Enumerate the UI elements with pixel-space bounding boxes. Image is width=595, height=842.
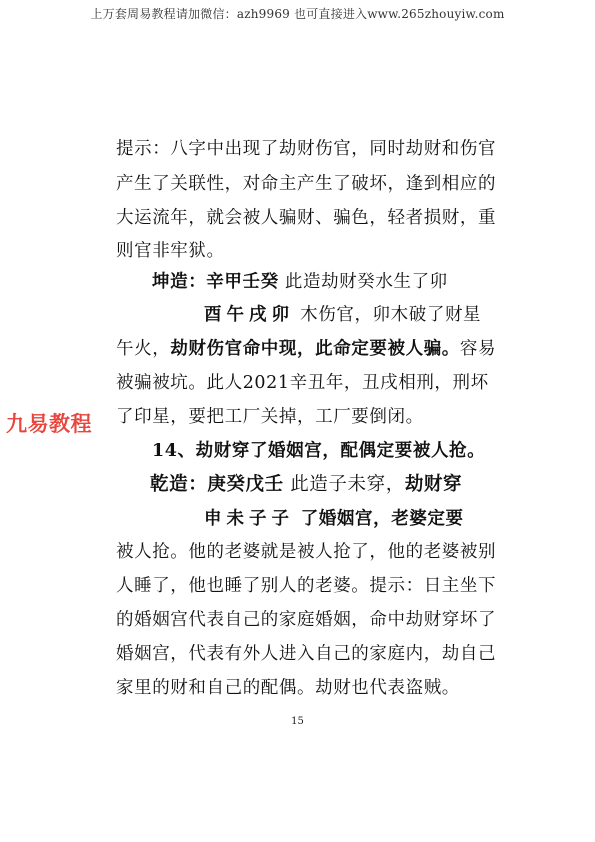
paragraph-line: 了印星，要把工厂关掉，工厂要倒闭。 bbox=[116, 409, 424, 427]
page-number: 15 bbox=[0, 716, 595, 727]
chart-kun-stems: 坤造：辛甲壬癸 bbox=[152, 272, 279, 292]
chart-kun-line-2: 酉午戌卯 木伤官，卯木破了财星 bbox=[204, 307, 481, 325]
paragraph-line: 则官非牢狱。 bbox=[116, 243, 225, 261]
chart-qian-branches: 申未子子 bbox=[204, 509, 294, 529]
paragraph-line: 的婚姻宫代表自己的家庭婚姻，命中劫财穿坏了 bbox=[116, 612, 496, 630]
paragraph-line: 产生了关联性，对命主产生了破坏，逢到相应的 bbox=[116, 176, 496, 194]
page-header-ad: 上万套周易教程请加微信：azh9969 也可直接进入www.265zhouyiw… bbox=[0, 5, 595, 22]
emphasis-text: 老婆定要 bbox=[391, 509, 463, 529]
chart-kun-note: 此造劫财癸水生了卯 bbox=[279, 272, 448, 292]
paragraph-line: 被人抢。他的老婆就是被人抢了，他的老婆被别 bbox=[116, 544, 496, 562]
chart-kun-line-1: 坤造：辛甲壬癸 此造劫财癸水生了卯 bbox=[152, 274, 448, 292]
paragraph-line: 家里的财和自己的配偶。劫财也代表盗贼。 bbox=[116, 680, 460, 698]
emphasis-text: 了婚姻宫， bbox=[294, 509, 391, 529]
paragraph-line: 人睡了，他也睡了别人的老婆。提示：日主坐下 bbox=[116, 578, 496, 596]
chart-kun-branches: 酉午戌卯 bbox=[204, 305, 294, 325]
paragraph-line: 午火，劫财伤官命中现，此命定要被人骗。容易 bbox=[116, 341, 496, 359]
paragraph-line: 被骗被坑。此人2021辛丑年，丑戌相刑，刑坏 bbox=[116, 375, 489, 393]
paragraph-line: 婚姻宫，代表有外人进入自己的家庭内，劫自己 bbox=[116, 646, 496, 664]
emphasis-text: 劫财穿 bbox=[405, 474, 462, 495]
watermark-logo: 九易教程 bbox=[6, 408, 92, 438]
emphasis-text: 劫财伤官命中现，此命定要被人骗。 bbox=[170, 339, 460, 359]
chart-qian-line-2: 申未子子 了婚姻宫，老婆定要 bbox=[204, 511, 464, 529]
section-heading: 14、劫财穿了婚姻宫，配偶定要被人抢。 bbox=[152, 443, 485, 461]
chart-qian-note: 此造子未穿， bbox=[284, 474, 405, 495]
paragraph-line: 大运流年，就会被人骗财、骗色，轻者损财，重 bbox=[116, 210, 496, 228]
text-span: 容易 bbox=[460, 339, 496, 359]
chart-qian-label: 乾造： bbox=[150, 474, 207, 495]
chart-kun-note-2: 木伤官，卯木破了财星 bbox=[294, 305, 481, 325]
chart-qian-line-1: 乾造：庚癸戊壬 此造子未穿，劫财穿 bbox=[150, 476, 462, 495]
chart-qian-stems: 庚癸戊壬 bbox=[207, 474, 283, 495]
paragraph-line: 提示：八字中出现了劫财伤官，同时劫财和伤官 bbox=[116, 141, 496, 159]
text-span: 午火， bbox=[116, 339, 170, 359]
